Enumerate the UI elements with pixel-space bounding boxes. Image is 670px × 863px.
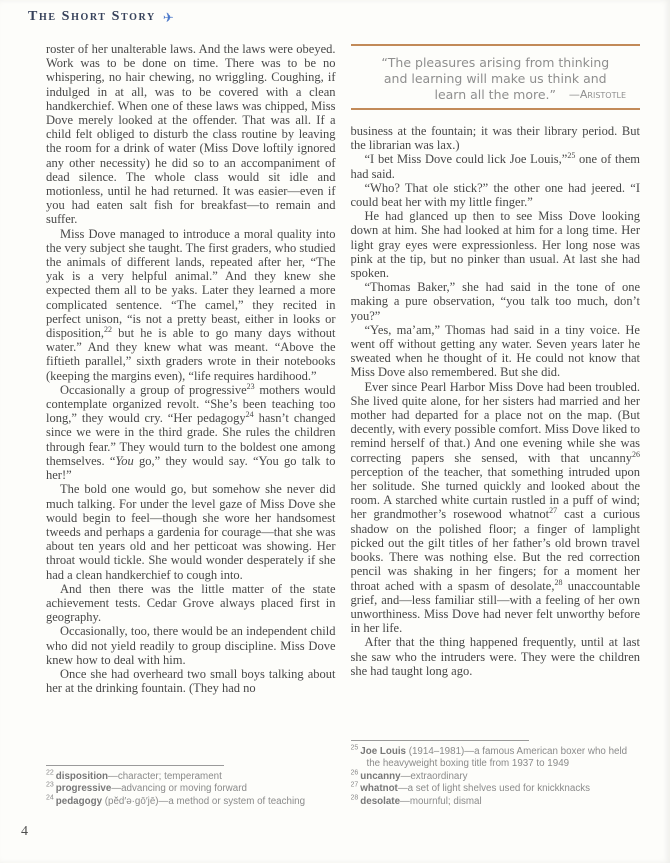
footnote: 23 progressive—advancing or moving forwa…: [46, 783, 336, 796]
footnote-definition: (pĕd′ə·gō′jē)—a method or system of teac…: [102, 796, 305, 807]
paragraph: “Who? That ole stick?” the other one had…: [351, 181, 641, 209]
footnote-term: Joe Louis: [360, 746, 406, 757]
paragraph: “Yes, ma’am,” Thomas had said in a tiny …: [351, 323, 641, 380]
footnote-ref: 24: [246, 410, 254, 419]
footnote-divider: [351, 740, 529, 741]
footnote-ref: 28: [554, 577, 562, 586]
right-column: “The pleasures arising from thinking and…: [351, 42, 641, 820]
paragraph: After that the thing happened frequently…: [351, 635, 641, 678]
footnote: 24 pedagogy (pĕd′ə·gō′jē)—a method or sy…: [46, 796, 336, 809]
page-content: roster of her unalterable laws. And the …: [46, 42, 640, 820]
footnote-ref: 25: [567, 151, 575, 160]
footnote-term: progressive: [56, 783, 112, 794]
paragraph: business at the fountain; it was their l…: [351, 124, 641, 152]
footnote-number: 25: [351, 744, 359, 751]
paragraph: Ever since Pearl Harbor Miss Dove had be…: [351, 380, 641, 636]
footnote-definition: —a set of light shelves used for knickkn…: [398, 783, 590, 794]
right-footnote-list: 25 Joe Louis (1914–1981)—a famous Americ…: [351, 746, 641, 809]
left-column: roster of her unalterable laws. And the …: [46, 42, 336, 820]
right-column-text: business at the fountain; it was their l…: [351, 124, 641, 678]
footnote-number: 26: [351, 769, 359, 776]
footnote-term: disposition: [56, 771, 108, 782]
quote-box: “The pleasures arising from thinking and…: [351, 44, 641, 110]
footnote-term: uncanny: [360, 771, 400, 782]
footnote-definition: —character; temperament: [108, 771, 222, 782]
footnote-term: whatnot: [360, 783, 398, 794]
footnote-number: 24: [46, 794, 54, 801]
footnote-ref: 26: [632, 450, 640, 459]
footnote-term: pedagogy: [56, 796, 102, 807]
paragraph: And then there was the little matter of …: [46, 582, 336, 625]
left-footnote-list: 22 disposition—character; temperament23 …: [46, 771, 336, 809]
paragraph: Occasionally a group of progressive23 mo…: [46, 383, 336, 482]
paragraph: “Thomas Baker,” she had said in the tone…: [351, 280, 641, 323]
footnote-definition: (1914–1981)—a famous American boxer who …: [367, 746, 628, 770]
footnote: 27 whatnot—a set of light shelves used f…: [351, 783, 641, 796]
footnote-ref: 23: [247, 382, 255, 391]
right-footnotes: 25 Joe Louis (1914–1981)—a famous Americ…: [351, 734, 641, 821]
footnote: 26 uncanny—extraordinary: [351, 771, 641, 784]
footnote-ref: 22: [104, 325, 112, 334]
footnote-number: 23: [46, 782, 54, 789]
plane-icon: ✈: [163, 11, 174, 24]
paragraph: He had glanced up then to see Miss Dove …: [351, 209, 641, 280]
paragraph: roster of her unalterable laws. And the …: [46, 42, 336, 227]
footnote-number: 27: [351, 782, 359, 789]
page-number: 4: [21, 824, 28, 840]
paragraph: Miss Dove managed to introduce a moral q…: [46, 227, 336, 383]
paragraph: The bold one would go, but somehow she n…: [46, 482, 336, 581]
footnote-term: desolate: [360, 796, 400, 807]
left-footnotes: 22 disposition—character; temperament23 …: [46, 759, 336, 821]
footnote-definition: —advancing or moving forward: [111, 783, 247, 794]
footnote: 28 desolate—mournful; dismal: [351, 796, 641, 809]
footnote-number: 28: [351, 794, 359, 801]
footnote: 22 disposition—character; temperament: [46, 771, 336, 784]
page-header: The Short Story ✈: [28, 9, 174, 25]
footnote-definition: —mournful; dismal: [400, 796, 482, 807]
book-page: The Short Story ✈ roster of her unaltera…: [0, 0, 670, 863]
footnote: 25 Joe Louis (1914–1981)—a famous Americ…: [351, 746, 641, 771]
chapter-title: The Short Story: [28, 9, 156, 25]
footnote-divider: [46, 765, 224, 766]
footnote-ref: 27: [549, 506, 557, 515]
footnote-definition: —extraordinary: [401, 771, 468, 782]
paragraph: Occasionally, too, there would be an ind…: [46, 624, 336, 667]
footnote-number: 22: [46, 769, 54, 776]
left-column-text: roster of her unalterable laws. And the …: [46, 42, 336, 695]
paragraph: “I bet Miss Dove could lick Joe Louis,”2…: [351, 152, 641, 180]
paragraph: Once she had overheard two small boys ta…: [46, 667, 336, 695]
